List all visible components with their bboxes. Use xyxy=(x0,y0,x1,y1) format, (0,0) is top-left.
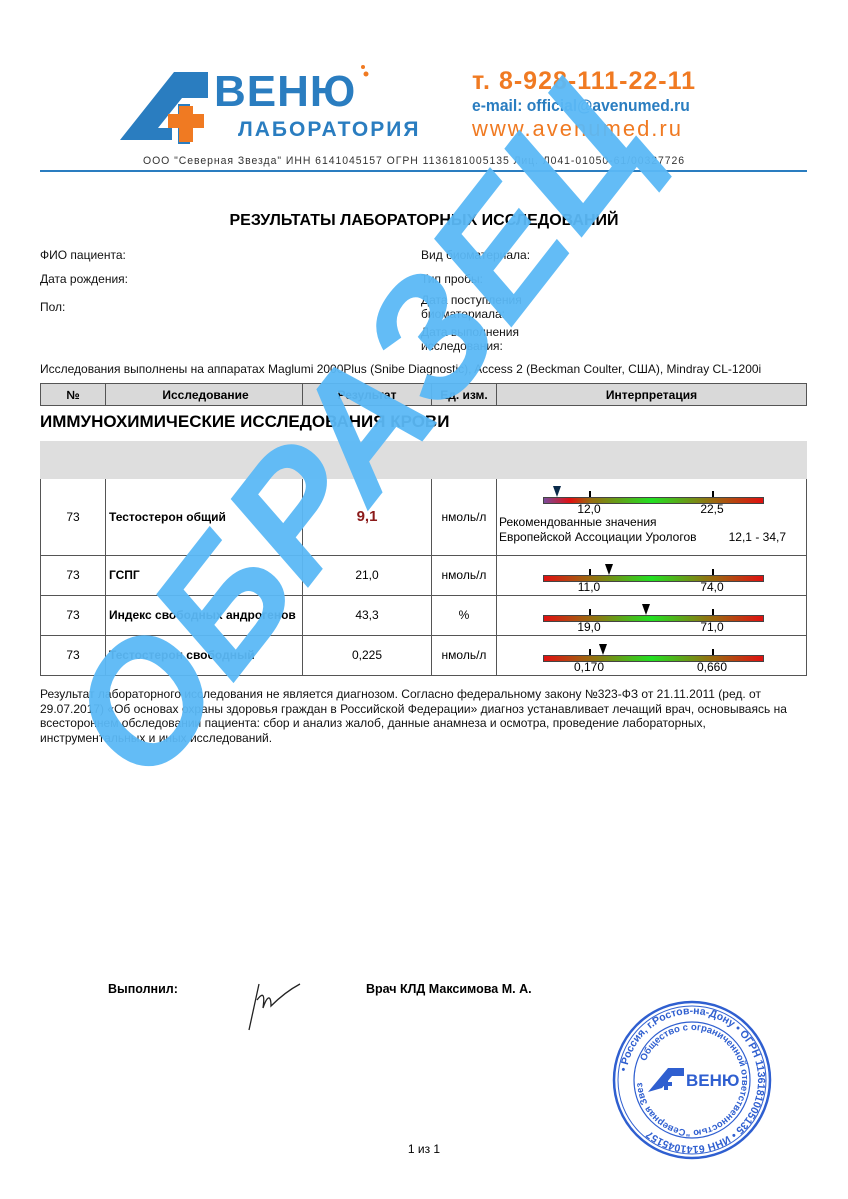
interpretation: 19,071,0 xyxy=(497,595,807,635)
table-row: 73 Индекс свободных андрогенов 43,3 % 19… xyxy=(41,595,807,635)
scale-tick xyxy=(589,569,591,575)
results-table: 73 Тестостерон общий 9,1 нмоль/л 12,022,… xyxy=(40,479,807,676)
biomaterial-type-label: Вид биоматериала: xyxy=(421,248,530,262)
test-name: ГСПГ xyxy=(106,555,303,595)
birth-date-label: Дата рождения: xyxy=(40,272,128,286)
scale-bar xyxy=(543,575,764,582)
scale-tick-label: 71,0 xyxy=(700,620,723,634)
scale-tick-label: 12,0 xyxy=(577,502,600,516)
reference-scale: 11,074,0 xyxy=(497,557,806,593)
doctor-name: Врач КЛД Максимова М. А. xyxy=(366,982,532,996)
scale-tick-label: 74,0 xyxy=(700,580,723,594)
test-name: Тестостерон общий xyxy=(106,479,303,555)
interpretation: 11,074,0 xyxy=(497,555,807,595)
unit: % xyxy=(432,595,497,635)
scale-tick xyxy=(712,491,714,497)
scale-bar xyxy=(543,497,764,504)
scale-tick-label: 0,660 xyxy=(697,660,727,674)
scale-tick xyxy=(589,491,591,497)
reference-note: Рекомендованные значения Европейской Асс… xyxy=(497,515,806,545)
sample-type-label: Тип пробы: xyxy=(421,272,483,286)
result-value: 0,225 xyxy=(303,635,432,675)
document-title: РЕЗУЛЬТАТЫ ЛАБОРАТОРНЫХ ИССЛЕДОВАНИЙ xyxy=(0,212,848,230)
interpretation: 12,022,5 Рекомендованные значения Европе… xyxy=(497,479,807,555)
result-value: 9,1 xyxy=(303,479,432,555)
scale-tick xyxy=(712,649,714,655)
unit: нмоль/л xyxy=(432,555,497,595)
result-value: 43,3 xyxy=(303,595,432,635)
stamp-icon: • Россия, г.Ростов-на-Дону • ОГРН 113618… xyxy=(608,998,776,1162)
interpretation: 0,1700,660 xyxy=(497,635,807,675)
result-value-flagged: 9,1 xyxy=(357,508,378,525)
performed-by-label: Выполнил: xyxy=(108,982,178,996)
note-line-2: Европейской Ассоциации Урологов xyxy=(499,530,697,545)
receipt-date-label: Дата поступления биоматериала: xyxy=(421,293,541,321)
disclaimer: Результат лабораторного исследования не … xyxy=(40,687,800,745)
scale-tick xyxy=(589,609,591,615)
scale-tick-label: 19,0 xyxy=(577,620,600,634)
col-test: Исследование xyxy=(106,384,303,406)
contacts-block: т. 8-928-111-22-11 e-mail: official@aven… xyxy=(472,68,709,141)
email-link[interactable]: e-mail: official@avenumed.ru xyxy=(472,96,690,116)
scale-tick-label: 11,0 xyxy=(578,580,600,594)
result-marker-icon xyxy=(605,564,613,575)
page-number: 1 из 1 xyxy=(0,1142,848,1156)
test-name: Тестостерон свободный xyxy=(106,635,303,675)
patient-name-label: ФИО пациента: xyxy=(40,248,126,262)
signature-icon xyxy=(245,978,305,1033)
table-row: 73 ГСПГ 21,0 нмоль/л 11,074,0 xyxy=(41,555,807,595)
reference-scale: 19,071,0 xyxy=(497,597,806,633)
execution-date-label: Дата выполнения исследования: xyxy=(421,325,541,353)
sex-label: Пол: xyxy=(40,300,65,314)
scale-tick-label: 22,5 xyxy=(700,502,723,516)
unit: нмоль/л xyxy=(432,635,497,675)
phone: т. 8-928-111-22-11 xyxy=(472,68,709,94)
col-interpretation: Интерпретация xyxy=(497,384,807,406)
lab-logo: ВЕНЮ ЛАБОРАТОРИЯ xyxy=(112,62,452,150)
table-row: 73 Тестостерон общий 9,1 нмоль/л 12,022,… xyxy=(41,479,807,555)
scale-tick xyxy=(712,569,714,575)
logo-subtitle: ЛАБОРАТОРИЯ xyxy=(238,118,420,142)
results-table-header: № Исследование Результат Ед. изм. Интерп… xyxy=(40,383,807,406)
row-number: 73 xyxy=(41,635,106,675)
website-link[interactable]: www.avenumed.ru xyxy=(472,117,709,141)
reference-scale: 12,022,5 xyxy=(497,479,806,515)
note-range: 12,1 - 34,7 xyxy=(729,530,786,545)
scale-bar xyxy=(543,615,764,622)
section-title: ИММУНОХИМИЧЕСКИЕ ИССЛЕДОВАНИЯ КРОВИ xyxy=(40,412,449,432)
result-marker-icon xyxy=(553,486,561,497)
result-value: 21,0 xyxy=(303,555,432,595)
result-marker-icon xyxy=(642,604,650,615)
row-number: 73 xyxy=(41,595,106,635)
test-name: Индекс свободных андрогенов xyxy=(106,595,303,635)
col-unit: Ед. изм. xyxy=(432,384,497,406)
scale-tick-label: 0,170 xyxy=(574,660,604,674)
logo-wordmark: ВЕНЮ xyxy=(214,70,356,114)
section-band xyxy=(40,441,807,479)
unit: нмоль/л xyxy=(432,479,497,555)
header-divider xyxy=(40,170,807,172)
result-marker-icon xyxy=(599,644,607,655)
col-result: Результат xyxy=(303,384,432,406)
row-number: 73 xyxy=(41,555,106,595)
scale-tick xyxy=(712,609,714,615)
col-number: № xyxy=(41,384,106,406)
reference-scale: 0,1700,660 xyxy=(497,637,806,673)
devices-note: Исследования выполнены на аппаратах Magl… xyxy=(40,362,761,376)
row-number: 73 xyxy=(41,479,106,555)
legal-line: ООО "Северная Звезда" ИНН 6141045157 ОГР… xyxy=(143,155,685,167)
svg-text:ВЕНЮ: ВЕНЮ xyxy=(686,1071,739,1090)
scale-tick xyxy=(589,649,591,655)
table-row: 73 Тестостерон свободный 0,225 нмоль/л 0… xyxy=(41,635,807,675)
note-line-1: Рекомендованные значения xyxy=(499,515,806,530)
